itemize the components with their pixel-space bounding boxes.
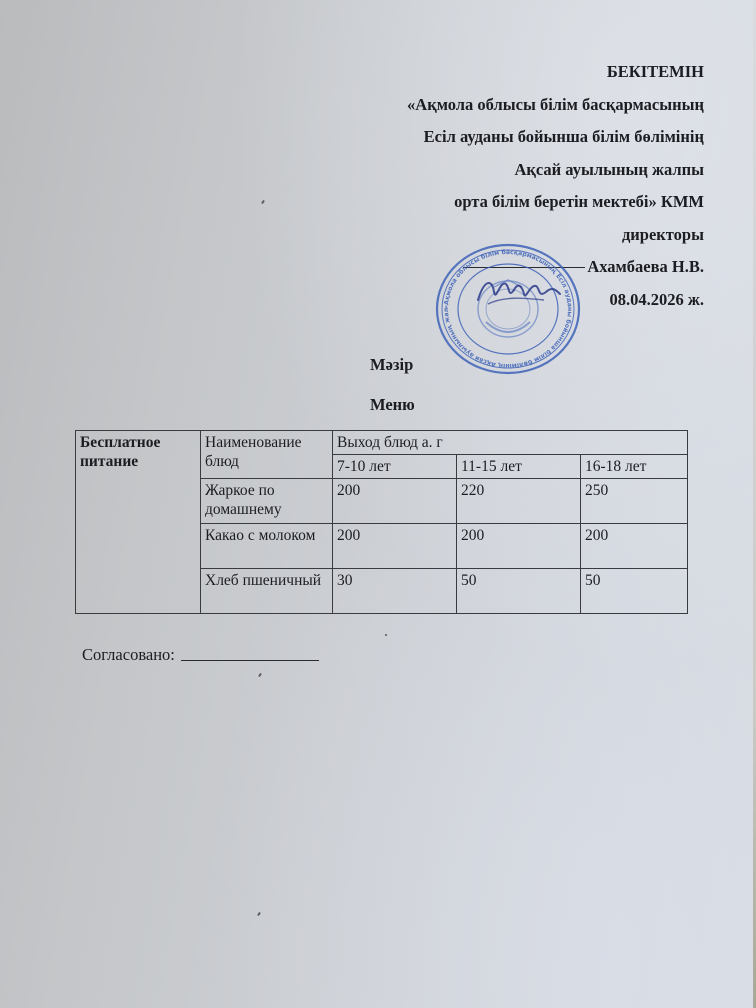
value-cell: 250 xyxy=(581,479,688,524)
approval-block: БЕКІТЕМІН «Ақмола облысы білім басқармас… xyxy=(407,56,704,316)
menu-table: Бесплатное питание Наименование блюд Вых… xyxy=(75,430,688,614)
paper-speck xyxy=(257,912,261,916)
value-cell: 30 xyxy=(333,569,457,614)
category-cell: Бесплатное питание xyxy=(76,431,201,614)
value-cell: 50 xyxy=(457,569,581,614)
approval-org-line-3: Ақсай ауылының жалпы xyxy=(407,154,704,187)
age-group-cell: 7-10 лет xyxy=(333,455,457,479)
title-kazakh: Мәзір xyxy=(370,355,413,375)
approval-org-line-2: Есіл ауданы бойынша білім бөлімінің xyxy=(407,121,704,154)
dish-header-cell: Наименование блюд xyxy=(201,431,333,479)
paper-speck xyxy=(385,634,388,637)
signatory-name: Ахамбаева Н.В. xyxy=(587,257,704,276)
table-header-row: Бесплатное питание Наименование блюд Вых… xyxy=(76,431,688,455)
paper-speck xyxy=(258,673,262,677)
value-cell: 200 xyxy=(457,524,581,569)
value-cell: 200 xyxy=(581,524,688,569)
approval-date: 08.04.2026 ж. xyxy=(407,284,704,317)
dish-name-cell: Хлеб пшеничный xyxy=(201,569,333,614)
signature-row: Ахамбаева Н.В. xyxy=(407,251,704,284)
approval-org-line-1: «Ақмола облысы білім басқармасының xyxy=(407,89,704,122)
approval-heading: БЕКІТЕМІН xyxy=(407,56,704,89)
agreed-signature-blank xyxy=(181,660,319,661)
output-header-cell: Выход блюд а. г xyxy=(333,431,688,455)
approval-position: директоры xyxy=(407,219,704,252)
value-cell: 220 xyxy=(457,479,581,524)
title-russian: Меню xyxy=(370,395,415,415)
value-cell: 200 xyxy=(333,524,457,569)
dish-name-cell: Жаркое по домашнему xyxy=(201,479,333,524)
agreed-label: Согласовано: xyxy=(82,645,175,664)
signature-line xyxy=(463,267,585,268)
paper-speck xyxy=(261,200,265,204)
age-group-cell: 11-15 лет xyxy=(457,455,581,479)
approval-org-line-4: орта білім беретін мектебі» КММ xyxy=(407,186,704,219)
dish-name-cell: Какао с молоком xyxy=(201,524,333,569)
agreed-line: Согласовано: xyxy=(82,645,319,665)
age-group-cell: 16-18 лет xyxy=(581,455,688,479)
value-cell: 50 xyxy=(581,569,688,614)
value-cell: 200 xyxy=(333,479,457,524)
